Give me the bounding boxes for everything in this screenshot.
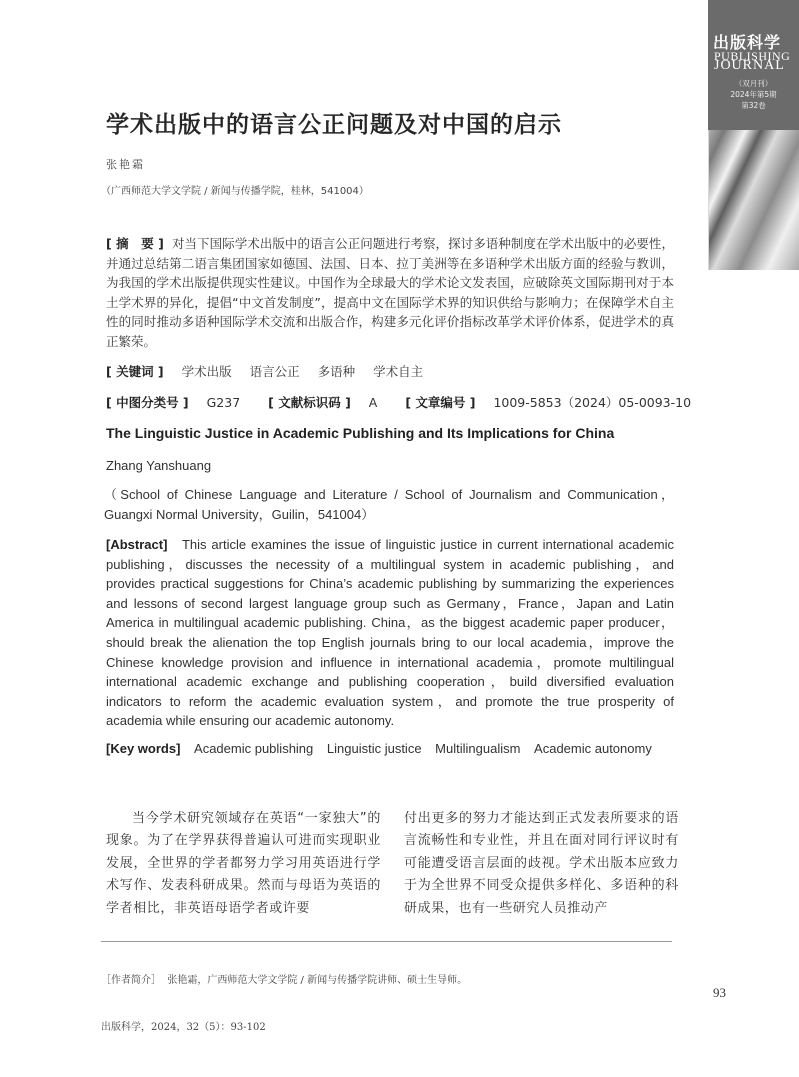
article-no-label: [ 文章编号 ] (405, 395, 475, 410)
keyword-en: Academic publishing (194, 741, 313, 756)
article-title-cn: 学术出版中的语言公正问题及对中国的启示 (106, 106, 562, 139)
article-title-en: The Linguistic Justice in Academic Publi… (106, 425, 614, 441)
abstract-en: [Abstract] This article examines the iss… (106, 535, 674, 731)
footnote-divider (101, 941, 672, 942)
abstract-en-label: [Abstract] (106, 537, 167, 552)
doc-code-value: A (369, 395, 378, 410)
page-number: 93 (713, 985, 726, 1001)
journal-issue: 2024年第5期 (708, 89, 799, 100)
classification-line: [ 中图分类号 ] G237 [ 文献标识码 ] A [ 文章编号 ] 1009… (106, 393, 705, 411)
abstract-cn-text: 对当下国际学术出版中的语言公正问题进行考察，探讨多语种制度在学术出版中的必要性，… (106, 236, 674, 349)
keyword-en: Academic autonomy (534, 741, 652, 756)
clc-label: [ 中图分类号 ] (106, 395, 189, 410)
keyword-cn: 学术出版 (182, 364, 232, 379)
citation: 出版科学，2024，32（5）：93-102 (101, 1018, 266, 1033)
author-name-en: Zhang Yanshuang (106, 458, 211, 473)
doc-code-label: [ 文献标识码 ] (268, 395, 351, 410)
author-name-cn: 张艳霜 (106, 156, 145, 172)
keyword-cn: 多语种 (318, 364, 356, 379)
affiliation-en: （School of Chinese Language and Literatu… (104, 485, 674, 525)
keyword-cn: 语言公正 (250, 364, 300, 379)
keywords-en-label: [Key words] (106, 741, 180, 756)
keyword-en: Linguistic justice (327, 741, 422, 756)
author-bio-label: ［作者简介］ (101, 975, 161, 986)
abstract-en-text: This article examines the issue of lingu… (106, 537, 674, 728)
author-bio: ［作者简介］ 张艳霜，广西师范大学文学院 / 新闻与传播学院讲师、硕士生导师。 (101, 971, 467, 986)
journal-volume: 第32卷 (708, 100, 799, 111)
author-bio-text: 张艳霜，广西师范大学文学院 / 新闻与传播学院讲师、硕士生导师。 (167, 975, 467, 986)
keyword-cn: 学术自主 (373, 364, 423, 379)
keywords-cn: [ 关键词 ] 学术出版 语言公正 多语种 学术自主 (106, 362, 437, 380)
body-column-right: 付出更多的努力才能达到正式发表所要求的语言流畅性和专业性，并且在面对同行评议时有… (404, 808, 679, 920)
body-column-left: 当今学术研究领域存在英语“一家独大”的现象。为了在学界获得普遍认可进而实现职业发… (106, 808, 381, 920)
clc-value: G237 (207, 395, 241, 410)
keywords-en: [Key words] Academic publishing Linguist… (106, 741, 652, 756)
journal-frequency: （双月刊） (708, 78, 799, 89)
keywords-cn-label: [ 关键词 ] (106, 364, 164, 379)
affiliation-cn: （广西师范大学文学院 / 新闻与传播学院，桂林，541004） (101, 182, 369, 197)
abstract-cn-label: [ 摘 要 ] (106, 236, 164, 251)
keyword-en: Multilingualism (435, 741, 520, 756)
abstract-cn: [ 摘 要 ] 对当下国际学术出版中的语言公正问题进行考察，探讨多语种制度在学术… (106, 234, 674, 352)
journal-title-en-line2: JOURNAL (714, 58, 785, 74)
article-no-value: 1009-5853（2024）05-0093-10 (493, 395, 691, 410)
